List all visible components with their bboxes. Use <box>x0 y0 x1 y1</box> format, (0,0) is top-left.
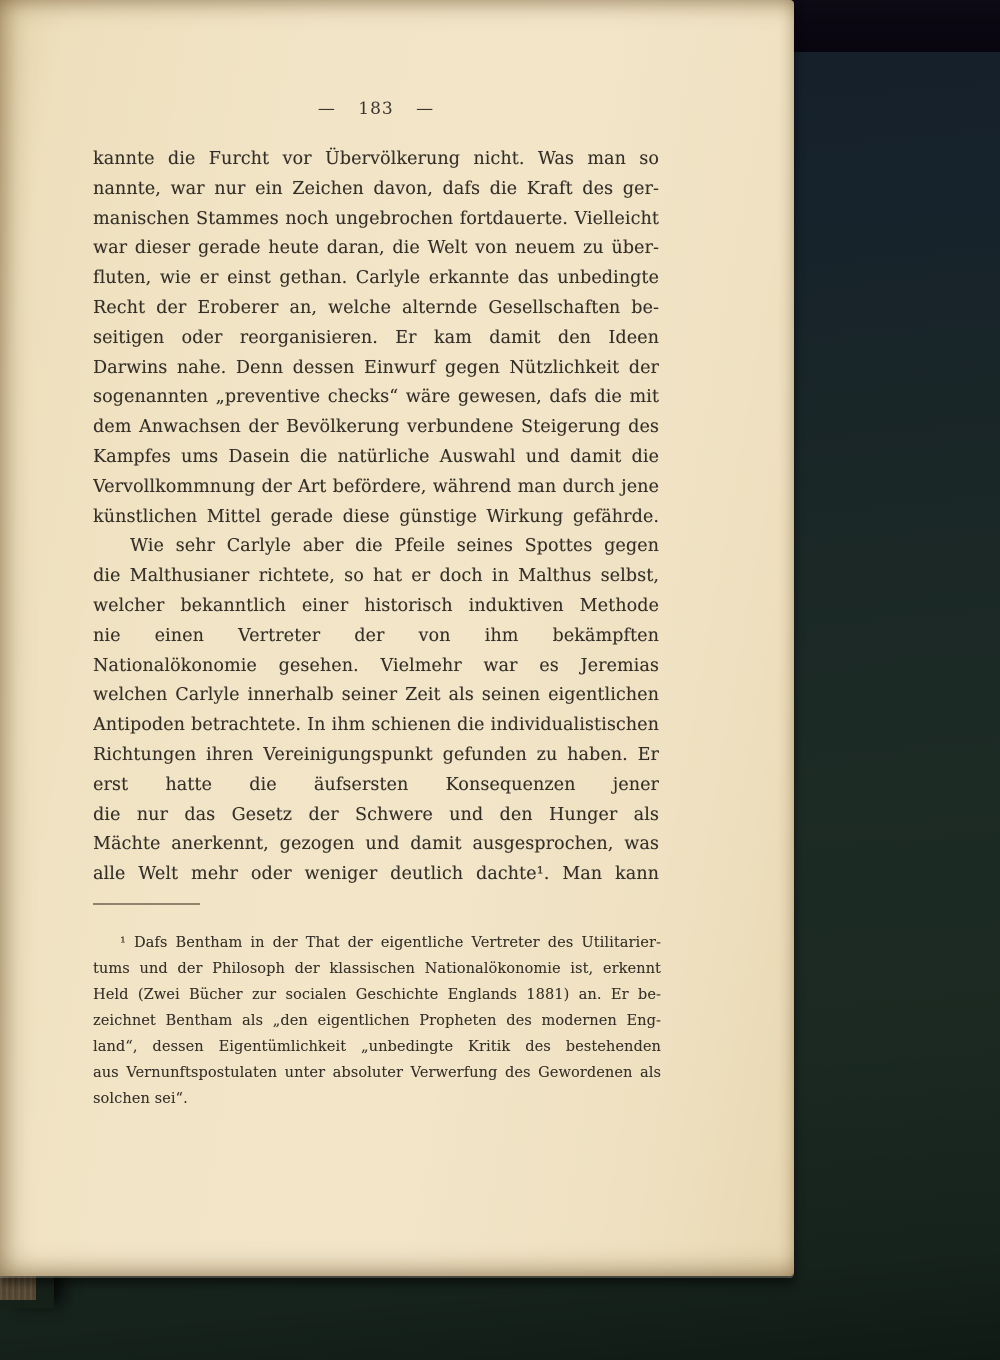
book-scan: — 183 — kannte die Furcht vor Übervölker… <box>0 0 1000 1360</box>
text-line: nie einen Vertreter der von ihm bekämpft… <box>93 622 659 652</box>
footnote-line: aus Vernunftspostulaten unter absoluter … <box>93 1060 661 1086</box>
text-line: dem Anwachsen der Bevölkerung verbundene… <box>93 413 659 443</box>
text-line: Darwins nahe. Denn dessen Einwurf gegen … <box>93 354 659 384</box>
page-number: — 183 — <box>93 99 659 119</box>
text-line: Wie sehr Carlyle aber die Pfeile seines … <box>93 532 659 562</box>
footnote-line: tums und der Philosoph der klassischen N… <box>93 956 661 982</box>
footnote-line: solchen sei“. <box>93 1086 661 1112</box>
footnote-separator <box>93 903 200 905</box>
text-line: Richtungen ihren Vereinigungspunkt gefun… <box>93 741 659 771</box>
main-text-paragraph-1: kannte die Furcht vor Übervölkerung nich… <box>93 145 659 532</box>
text-line: die nur das Gesetz der Schwere und den H… <box>93 801 659 831</box>
text-line: Nationalökonomie gesehen. Vielmehr war e… <box>93 652 659 682</box>
text-line: Vervollkommnung der Art befördere, währe… <box>93 473 659 503</box>
text-line: seitigen oder reorganisieren. Er kam dam… <box>93 324 659 354</box>
main-text: kannte die Furcht vor Übervölkerung nich… <box>93 145 659 890</box>
text-line: Antipoden betrachtete. In ihm schienen d… <box>93 711 659 741</box>
text-line: alle Welt mehr oder weniger deutlich dac… <box>93 860 659 890</box>
text-line: sogenannten „preventive checks“ wäre gew… <box>93 383 659 413</box>
footnote: ¹ Dafs Bentham in der That der eigentlic… <box>93 930 661 1112</box>
text-line: manischen Stammes noch ungebrochen fortd… <box>93 205 659 235</box>
text-line: kannte die Furcht vor Übervölkerung nich… <box>93 145 659 175</box>
text-line: Recht der Eroberer an, welche alternde G… <box>93 294 659 324</box>
text-line: Kampfes ums Dasein die natürliche Auswah… <box>93 443 659 473</box>
footnote-line: land“, dessen Eigentümlichkeit „unbeding… <box>93 1034 661 1060</box>
text-line: Mächte anerkennt, gezogen und damit ausg… <box>93 830 659 860</box>
footnote-line: Held (Zwei Bücher zur socialen Geschicht… <box>93 982 661 1008</box>
footnote-line: ¹ Dafs Bentham in der That der eigentlic… <box>93 930 661 956</box>
footnote-line: zeichnet Bentham als „den eigentlichen P… <box>93 1008 661 1034</box>
text-line: welcher bekanntlich einer historisch ind… <box>93 592 659 622</box>
book-page: — 183 — kannte die Furcht vor Übervölker… <box>0 0 794 1276</box>
text-line: welchen Carlyle innerhalb seiner Zeit al… <box>93 681 659 711</box>
text-line: erst hatte die äufsersten Konsequenzen j… <box>93 771 659 801</box>
text-line: nannte, war nur ein Zeichen davon, dafs … <box>93 175 659 205</box>
text-line: die Malthusianer richtete, so hat er doc… <box>93 562 659 592</box>
text-line: künstlichen Mittel gerade diese günstige… <box>93 503 659 533</box>
main-text-paragraph-2: Wie sehr Carlyle aber die Pfeile seines … <box>93 532 659 890</box>
text-line: fluten, wie er einst gethan. Carlyle erk… <box>93 264 659 294</box>
text-line: war dieser gerade heute daran, die Welt … <box>93 234 659 264</box>
